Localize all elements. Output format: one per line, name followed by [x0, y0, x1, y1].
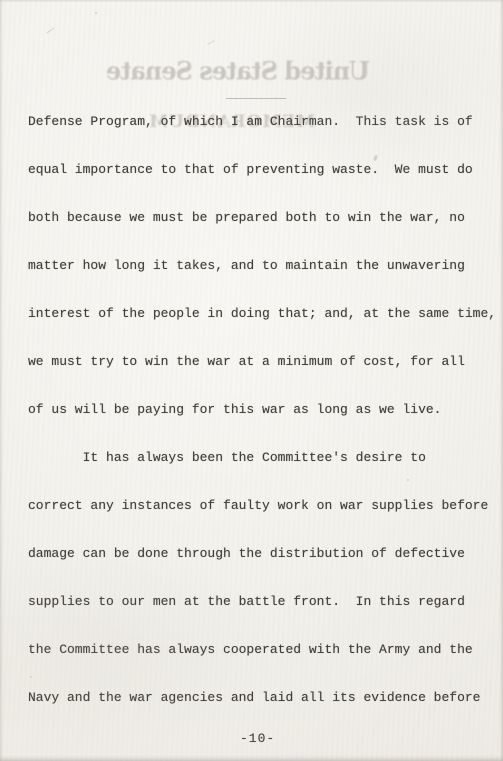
- text-line: It has always been the Committee's desir…: [28, 434, 503, 482]
- text-line: Defense Program, of which I am Chairman.…: [28, 98, 503, 146]
- text-line: interest of the people in doing that; an…: [28, 290, 503, 338]
- text-line: both because we must be prepared both to…: [28, 194, 503, 242]
- text-line: matter how long it takes, and to maintai…: [28, 242, 503, 290]
- text-line: equal importance to that of preventing w…: [28, 146, 503, 194]
- paper-speck: [95, 12, 97, 14]
- text-line: we must try to win the war at a minimum …: [28, 338, 503, 386]
- text-line: damage can be done through the distribut…: [28, 530, 503, 578]
- typewritten-body: Defense Program, of which I am Chairman.…: [28, 98, 503, 722]
- text-line: of us will be paying for this war as lon…: [28, 386, 503, 434]
- letterhead-ghost-united-states-senate: United States Senate: [138, 55, 370, 85]
- document-page: United States Senate MEMORANDUM Defense …: [0, 0, 503, 761]
- text-line: Navy and the war agencies and laid all i…: [28, 674, 503, 722]
- text-line: supplies to our men at the battle front.…: [28, 578, 503, 626]
- page-number: -10-: [240, 731, 275, 746]
- text-line: correct any instances of faulty work on …: [28, 482, 503, 530]
- paper-speck: [47, 28, 55, 34]
- paper-speck: [207, 40, 214, 45]
- text-line: the Committee has always cooperated with…: [28, 626, 503, 674]
